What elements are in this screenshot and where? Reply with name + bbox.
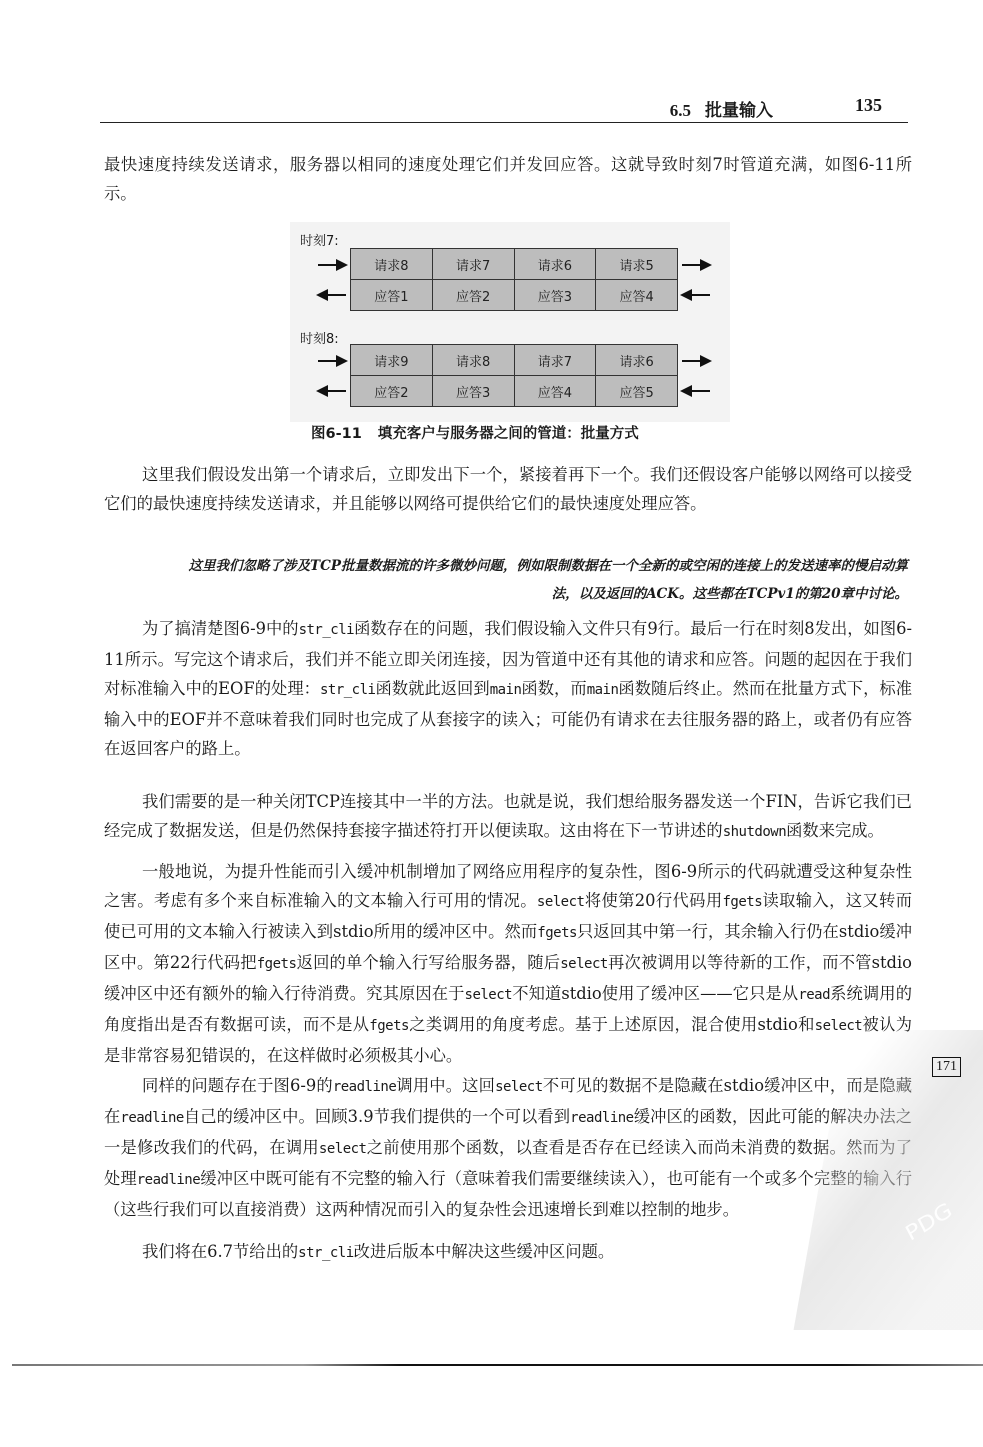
request-cell: 请求9 — [351, 345, 432, 375]
text: 改进后版本中解决这些缓冲区问题。 — [354, 1242, 615, 1261]
reply-cell: 应答3 — [432, 376, 514, 406]
text: 之类调用的角度考虑。基于上述原因，混合使用stdio和 — [409, 1015, 815, 1034]
request-cell: 请求6 — [514, 249, 596, 279]
reply-cell: 应答2 — [432, 280, 514, 310]
code-readline: readline — [120, 1110, 183, 1126]
figure-6-11: 时刻7: 请求8 请求7 请求6 请求5 应答1 应答2 应答3 应答4 时刻8… — [290, 222, 730, 422]
code-select: select — [319, 1141, 367, 1157]
request-cell: 请求8 — [432, 345, 514, 375]
page-number: 135 — [855, 95, 882, 116]
request-row: 请求9 请求8 请求7 请求6 — [351, 345, 677, 375]
reply-cell: 应答3 — [514, 280, 596, 310]
reply-cell: 应答5 — [595, 376, 677, 406]
section-title: 批量输入 — [705, 101, 773, 121]
pipe-time-8: 请求9 请求8 请求7 请求6 应答2 应答3 应答4 应答5 — [350, 344, 678, 407]
footer-rule — [12, 1364, 983, 1366]
running-header: 6.5批量输入 135 — [100, 92, 908, 123]
code-fgets: fgets — [722, 894, 762, 910]
request-row: 请求8 请求7 请求6 请求5 — [351, 249, 677, 279]
paragraph-readline: 同样的问题存在于图6-9的readline调用中。这回select不可见的数据不… — [104, 1071, 912, 1224]
paragraph-str-cli-problem: 为了搞清楚图6-9中的str_cli函数存在的问题，我们假设输入文件只有9行。最… — [104, 614, 912, 763]
paragraph-assumption: 这里我们假设发出第一个请求后，立即发出下一个，紧接着再下一个。我们还假设客户能够… — [104, 460, 912, 518]
text: 返回的单个输入行写给服务器，随后 — [296, 953, 560, 972]
code-main: main — [587, 682, 619, 698]
text: 为了搞清楚图6-9中的 — [142, 619, 299, 638]
pipe-time-7: 请求8 请求7 请求6 请求5 应答1 应答2 应答3 应答4 — [350, 248, 678, 311]
section-number: 6.5 — [670, 101, 691, 120]
reply-row: 应答2 应答3 应答4 应答5 — [351, 375, 677, 406]
code-str-cli: str_cli — [320, 682, 376, 698]
reply-cell: 应答4 — [514, 376, 596, 406]
arrow-right-icon — [682, 264, 710, 266]
paragraph-intro: 最快速度持续发送请求，服务器以相同的速度处理它们并发回应答。这就导致时刻7时管道… — [104, 150, 912, 208]
reply-row: 应答1 应答2 应答3 应答4 — [351, 279, 677, 310]
reply-cell: 应答4 — [595, 280, 677, 310]
arrow-left-icon — [318, 294, 346, 296]
code-select: select — [560, 956, 608, 972]
code-fgets: fgets — [537, 925, 577, 941]
arrow-right-icon — [318, 264, 346, 266]
arrow-right-icon — [318, 360, 346, 362]
text: 我们将在6.7节给出的 — [142, 1242, 298, 1261]
request-cell: 请求7 — [514, 345, 596, 375]
code-readline: readline — [570, 1110, 633, 1126]
figure-caption-text: 填充客户与服务器之间的管道：批量方式 — [378, 426, 639, 442]
request-cell: 请求5 — [595, 249, 677, 279]
arrow-left-icon — [682, 294, 710, 296]
text: 同样的问题存在于图6-9的 — [142, 1076, 333, 1095]
request-cell: 请求7 — [432, 249, 514, 279]
request-cell: 请求6 — [595, 345, 677, 375]
code-str-cli: str_cli — [299, 622, 355, 638]
code-select: select — [495, 1079, 543, 1095]
arrow-left-icon — [318, 390, 346, 392]
code-fgets: fgets — [257, 956, 297, 972]
text: 函数，而 — [521, 679, 586, 698]
section-heading: 6.5批量输入 — [670, 96, 773, 121]
reply-cell: 应答2 — [351, 376, 432, 406]
figure-caption: 图6-11填充客户与服务器之间的管道：批量方式 — [311, 422, 639, 443]
code-main: main — [490, 682, 522, 698]
code-readline: readline — [333, 1079, 396, 1095]
text: 自己的缓冲区中。回顾3.9节我们提供的一个可以看到 — [184, 1107, 570, 1126]
figure-number: 图6-11 — [311, 426, 362, 442]
paragraph-buffering: 一般地说，为提升性能而引入缓冲机制增加了网络应用程序的复杂性，图6-9所示的代码… — [104, 857, 912, 1070]
side-note: 这里我们忽略了涉及TCP批量数据流的许多微妙问题，例如限制数据在一个全新的或空闲… — [180, 552, 908, 608]
reply-cell: 应答1 — [351, 280, 432, 310]
arrow-right-icon — [682, 360, 710, 362]
text: 缓冲区中既可能有不完整的输入行（意味着我们需要继续读入），也可能有一个或多个完整… — [104, 1169, 912, 1219]
text: 不知道stdio使用了缓冲区——它只是从 — [512, 984, 798, 1003]
text: 调用中。这回 — [396, 1076, 495, 1095]
text: 函数就此返回到 — [375, 679, 489, 698]
code-readline: readline — [137, 1172, 200, 1188]
code-select: select — [465, 987, 513, 1003]
code-shutdown: shutdown — [723, 824, 786, 840]
code-select: select — [815, 1018, 863, 1034]
text: 函数来完成。 — [786, 821, 884, 840]
paragraph-conclusion: 我们将在6.7节给出的str_cli改进后版本中解决这些缓冲区问题。 — [104, 1237, 912, 1268]
text: 将使第20行代码用 — [584, 891, 722, 910]
code-read: read — [798, 987, 830, 1003]
code-fgets: fgets — [369, 1018, 409, 1034]
margin-page-reference: 171 — [932, 1057, 961, 1077]
code-str-cli: str_cli — [298, 1245, 354, 1261]
code-select: select — [537, 894, 585, 910]
request-cell: 请求8 — [351, 249, 432, 279]
arrow-left-icon — [682, 390, 710, 392]
paragraph-half-close: 我们需要的是一种关闭TCP连接其中一半的方法。也就是说，我们想给服务器发送一个F… — [104, 787, 912, 847]
time-label-8: 时刻8: — [300, 328, 339, 347]
time-label-7: 时刻7: — [300, 230, 339, 249]
